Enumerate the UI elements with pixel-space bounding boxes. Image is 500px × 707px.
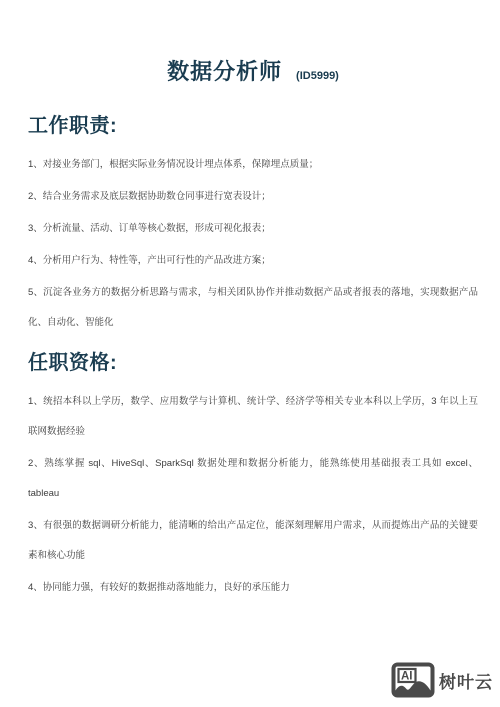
qualification-item: 3、有很强的数据调研分析能力，能清晰的给出产品定位，能深刻理解用户需求，从而提炼… xyxy=(28,511,478,571)
qualification-item: 4、协同能力强，有较好的数据推动落地能力，良好的承压能力 xyxy=(28,573,478,603)
responsibility-item: 2、结合业务需求及底层数据协助数仓同事进行宽表设计； xyxy=(28,182,478,212)
svg-text:AI: AI xyxy=(401,671,413,683)
responsibility-item: 5、沉淀各业务方的数据分析思路与需求，与相关团队协作并推动数据产品或者报表的落地… xyxy=(28,278,478,338)
responsibilities-list: 1、对接业务部门，根据实际业务情况设计埋点体系，保障埋点质量； 2、结合业务需求… xyxy=(28,150,478,338)
page-title: 数据分析师 (ID5999) xyxy=(28,50,478,87)
qualification-item: 2、熟练掌握 sql、HiveSql、SparkSql 数据处理和数据分析能力，… xyxy=(28,449,478,509)
watermark-logo: AI 树叶云 xyxy=(391,662,493,698)
responsibility-item: 1、对接业务部门，根据实际业务情况设计埋点体系，保障埋点质量； xyxy=(28,150,478,180)
document-page: 数据分析师 (ID5999) 工作职责: 1、对接业务部门，根据实际业务情况设计… xyxy=(0,50,500,603)
qualifications-list: 1、统招本科以上学历，数学、应用数学与计算机、统计学、经济学等相关专业本科以上学… xyxy=(28,387,478,603)
responsibility-item: 3、分析流量、活动、订单等核心数据，形成可视化报表； xyxy=(28,214,478,244)
qualification-item: 1、统招本科以上学历，数学、应用数学与计算机、统计学、经济学等相关专业本科以上学… xyxy=(28,387,478,447)
section-heading-responsibilities: 工作职责: xyxy=(28,115,478,138)
brand-name: 树叶云 xyxy=(439,668,493,693)
job-id: (ID5999) xyxy=(296,70,339,82)
responsibility-item: 4、分析用户行为、特性等，产出可行性的产品改进方案； xyxy=(28,246,478,276)
ai-image-icon: AI xyxy=(391,662,435,698)
section-heading-qualifications: 任职资格: xyxy=(28,352,478,375)
job-title: 数据分析师 xyxy=(167,59,282,84)
